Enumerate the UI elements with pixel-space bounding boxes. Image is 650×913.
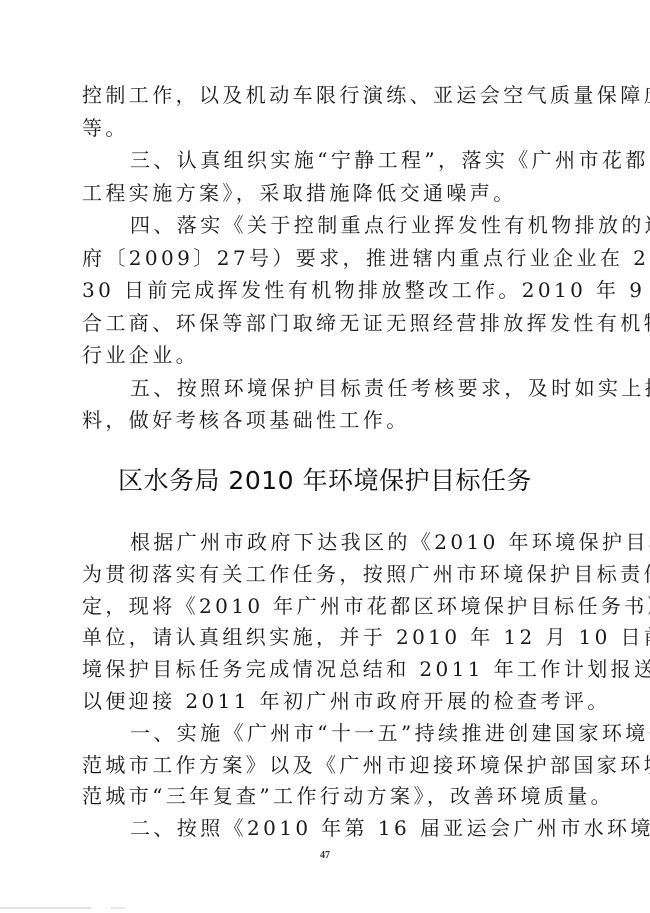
item-two-line: 二、按照《2010 年第 16 届亚运会广州市水环境保障总体方 (82, 813, 572, 845)
page-number: 47 (0, 850, 650, 861)
section-previous-continuation: 控制工作，以及机动车限行演练、亚运会空气质量保障应急工作 等。 三、认真组织实施… (82, 79, 572, 437)
item-one-line: 一、实施《广州市“十一五”持续推进创建国家环境保护模 (82, 718, 572, 750)
item-three-line: 三、认真组织实施“宁静工程”，落实《广州市花都区宁静 (82, 144, 572, 177)
paragraph-line: 为贯彻落实有关工作任务，按照广州市环境保护目标责任制的规 (82, 559, 572, 591)
section-heading: 区水务局 2010 年环境保护目标任务 (0, 462, 650, 500)
item-five-line: 五、按照环境保护目标责任考核要求，及时如实上报有关材 (82, 372, 572, 405)
paragraph-line: 控制工作，以及机动车限行演练、亚运会空气质量保障应急工作 (82, 79, 572, 112)
section-water-bureau-tasks: 根据广州市政府下达我区的《2010 年环境保护目标任务书》， 为贯彻落实有关工作… (82, 527, 572, 845)
paragraph-line: 定，现将《2010 年广州市花都区环境保护目标任务书》下达给你 (82, 591, 572, 623)
item-four-line: 四、落实《关于控制重点行业挥发性有机物排放的通告》（穗 (82, 209, 572, 242)
paragraph-line: 范城市“三年复查”工作行动方案》，改善环境质量。 (82, 781, 572, 813)
paragraph-line: 合工商、环保等部门取缔无证无照经营排放挥发性有机物的相关 (82, 307, 572, 340)
paragraph-line: 府〔2009〕27号）要求，推进辖内重点行业企业在 2010 年 9 月 (82, 242, 572, 275)
scan-artifact-divider (0, 907, 240, 909)
paragraph-line: 30 日前完成挥发性有机物排放整改工作。2010 年 9 月底前，配 (82, 274, 572, 307)
paragraph-line: 范城市工作方案》以及《广州市迎接环境保护部国家环境保护模 (82, 750, 572, 782)
paragraph-line: 工程实施方案》，采取措施降低交通噪声。 (82, 177, 572, 210)
paragraph-line: 单位，请认真组织实施，并于 2010 年 12 月 10 日前将本年度环 (82, 622, 572, 654)
paragraph-line: 以便迎接 2011 年初广州市政府开展的检查考评。 (82, 686, 572, 718)
paragraph-line: 料，做好考核各项基础性工作。 (82, 404, 572, 437)
paragraph-line: 等。 (82, 112, 572, 145)
paragraph-line: 行业企业。 (82, 339, 572, 372)
paragraph-line: 境保护目标任务完成情况总结和 2011 年工作计划报送区环保局， (82, 654, 572, 686)
document-page: 控制工作，以及机动车限行演练、亚运会空气质量保障应急工作 等。 三、认真组织实施… (0, 0, 650, 913)
intro-paragraph-line: 根据广州市政府下达我区的《2010 年环境保护目标任务书》， (82, 527, 572, 559)
